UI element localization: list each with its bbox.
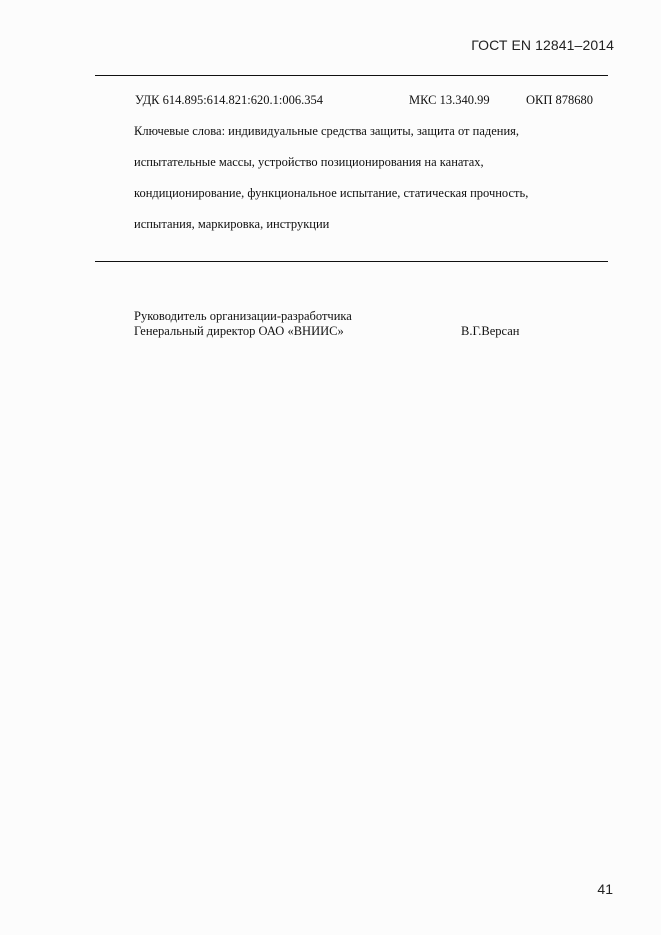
signatory-title: Генеральный директор ОАО «ВНИИС» bbox=[134, 324, 344, 339]
keywords-line: испытания, маркировка, инструкции bbox=[134, 217, 329, 232]
udk-code: УДК 614.895:614.821:620.1:006.354 bbox=[135, 93, 323, 108]
standard-id: ГОСТ EN 12841–2014 bbox=[471, 37, 614, 53]
signatory-role: Руководитель организации-разработчика bbox=[134, 309, 352, 324]
mks-code: МКС 13.340.99 bbox=[409, 93, 490, 108]
keywords-line: испытательные массы, устройство позицион… bbox=[134, 155, 484, 170]
keywords-line: Ключевые слова: индивидуальные средства … bbox=[134, 124, 519, 139]
signatory-name: В.Г.Версан bbox=[461, 324, 519, 339]
keywords-line: кондиционирование, функциональное испыта… bbox=[134, 186, 528, 201]
page-number: 41 bbox=[597, 881, 613, 897]
top-divider bbox=[95, 75, 608, 76]
bottom-divider bbox=[95, 261, 608, 262]
okp-code: ОКП 878680 bbox=[526, 93, 593, 108]
